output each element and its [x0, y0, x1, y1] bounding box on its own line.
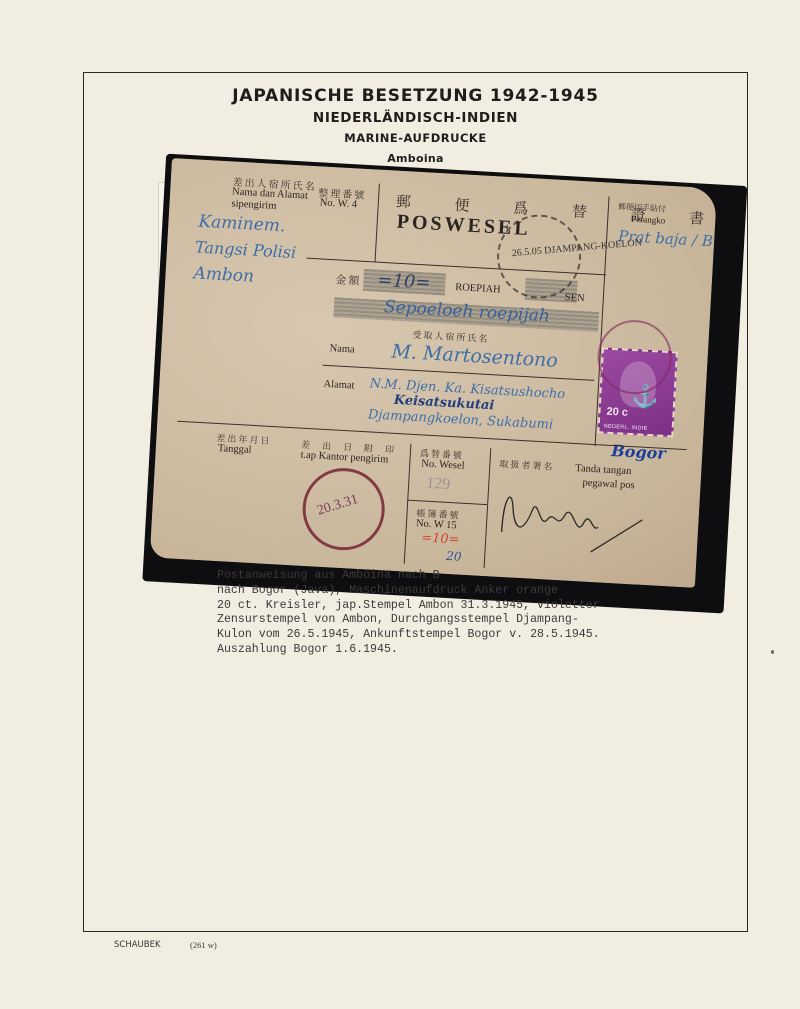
recipient-name-label: Nama — [329, 343, 355, 355]
destination-handwriting: Bogor — [611, 441, 666, 463]
description-line: nach Bogor (Java), Maschinenaufdruck Ank… — [217, 584, 558, 597]
amount-cjk: 金額 — [335, 271, 362, 288]
page-speck — [771, 650, 774, 654]
sign-cjk: 取扱者署名 — [499, 457, 555, 473]
sender-street-handwriting: Tangsi Polisi — [195, 237, 297, 262]
description-line: Zensurstempel von Ambon, Durchgangsstemp… — [217, 613, 579, 626]
stamp-value: 20 c — [606, 406, 628, 419]
description-line: Auszahlung Bogor 1.6.1945. — [217, 643, 398, 656]
page-number: (261 w) — [190, 940, 217, 950]
ledger-amount: =10= — [421, 531, 460, 548]
description-text: Postanweisung aus Amboina nach B nach Bo… — [217, 569, 637, 658]
amount-value: =10= — [377, 270, 431, 294]
ledger-note: 20 — [446, 549, 462, 564]
wesel-label: No. Wesel — [421, 458, 465, 471]
recipient-address-label: Alamat — [323, 379, 354, 392]
section-heading: MARINE-AUFDRUCKE — [83, 131, 748, 145]
stamp-label: Perangko — [631, 214, 666, 226]
publisher-label: SCHAUBEK — [114, 940, 161, 950]
date-label: Tanggal — [218, 443, 252, 456]
sender-name-handwriting: Kaminem. — [198, 212, 286, 237]
wesel-number: 129 — [426, 475, 451, 494]
description-line: 20 ct. Kreisler, jap.Stempel Ambon 31.3.… — [217, 599, 600, 612]
sign-label-1: Tanda tangan — [575, 463, 632, 477]
divider — [404, 444, 412, 564]
money-order-card: 差出人宿所氏名 Nama dan Alamat sipengirim 整理番號 … — [149, 158, 739, 607]
description-line: Kulon vom 26.5.1945, Ankunftstempel Bogo… — [217, 628, 600, 641]
money-order-form: 差出人宿所氏名 Nama dan Alamat sipengirim 整理番號 … — [150, 158, 717, 588]
country-heading: NIEDERLÄNDISCH-INDIEN — [83, 110, 748, 126]
stamp-country: NEDERL. INDIE — [604, 424, 648, 432]
serial-number: No. W. 4 — [319, 197, 357, 210]
ledger-label: No. W 15 — [416, 518, 457, 531]
recipient-name: M. Martosentono — [391, 341, 558, 372]
official-signature — [490, 477, 654, 566]
sender-label: Nama dan Alamat sipengirim — [231, 186, 312, 214]
currency-sen: SEN — [565, 292, 585, 304]
divider — [375, 184, 380, 262]
divider — [407, 500, 487, 505]
description-line: Postanweisung aus Amboina nach B — [217, 569, 440, 582]
sender-city-handwriting: Ambon — [193, 263, 254, 286]
page-title: JAPANISCHE BESETZUNG 1942-1945 — [83, 86, 748, 106]
currency-roepiah: ROEPIAH — [455, 282, 501, 296]
